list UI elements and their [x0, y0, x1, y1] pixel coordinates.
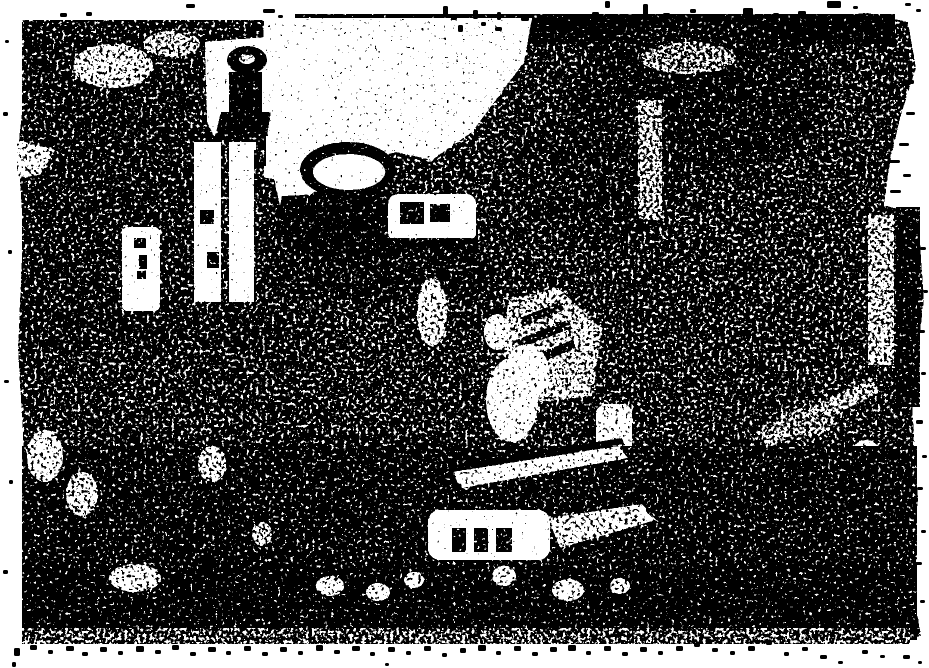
margin-mark-top	[451, 16, 457, 20]
margin-mark-right	[921, 372, 926, 375]
margin-mark-right	[920, 247, 926, 250]
right-light-small	[776, 408, 836, 436]
margin-mark-bottom	[280, 647, 287, 652]
bottom-bump-b	[366, 583, 390, 601]
margin-mark-bottom	[190, 652, 196, 656]
margin-mark-bottom	[784, 652, 789, 656]
margin-mark-top	[876, 25, 882, 29]
margin-mark-top	[278, 15, 283, 18]
margin-mark-top	[605, 1, 610, 8]
margin-mark-right	[893, 52, 909, 56]
margin-mark-right	[885, 67, 895, 70]
left-white-blob-c	[109, 564, 161, 592]
figure-patch-c	[486, 358, 538, 442]
margin-mark-bottom	[82, 652, 88, 656]
margin-mark-bottom	[918, 661, 922, 664]
margin-mark-top	[641, 22, 649, 26]
right-gap-light	[868, 215, 894, 365]
bottom-fringe	[22, 628, 910, 644]
margin-mark-top	[905, 3, 911, 6]
margin-mark-bottom	[406, 651, 411, 655]
road-shadow	[280, 256, 490, 300]
pedestal-glyph-a	[200, 210, 214, 224]
margin-mark-bottom	[694, 643, 700, 647]
margin-mark-bottom	[496, 651, 501, 655]
bottom-bump-c	[404, 572, 424, 588]
vehicle-underside	[388, 238, 480, 252]
margin-mark-bottom	[12, 662, 16, 667]
margin-mark-left	[3, 112, 8, 116]
left-white-blob-d	[198, 446, 226, 482]
margin-mark-top	[497, 12, 501, 20]
margin-mark-bottom	[370, 652, 375, 656]
margin-mark-bottom	[640, 647, 647, 652]
figure-patch-b	[484, 314, 510, 350]
margin-mark-left	[4, 380, 9, 383]
margin-mark-top	[853, 6, 858, 9]
margin-mark-top	[827, 1, 841, 8]
margin-mark-bottom	[586, 651, 591, 655]
margin-mark-top	[743, 8, 753, 17]
pedestal-divider	[221, 142, 229, 302]
bottom-bump-d	[492, 566, 516, 586]
margin-mark-right	[915, 562, 922, 565]
margin-mark-bottom	[568, 645, 576, 651]
margin-mark-top	[481, 22, 486, 26]
margin-mark-bottom	[388, 647, 395, 652]
margin-mark-bottom	[478, 645, 486, 651]
post-glyph-a	[134, 238, 146, 248]
margin-mark-right	[920, 600, 925, 603]
sign-letter-c	[496, 528, 512, 552]
margin-mark-left	[3, 570, 8, 574]
margin-mark-bottom	[658, 651, 663, 655]
margin-mark-bottom	[136, 646, 144, 652]
margin-mark-bottom	[208, 647, 216, 652]
margin-mark-bottom	[712, 648, 718, 652]
margin-mark-top	[532, 21, 538, 24]
post-glyph-b	[139, 255, 147, 269]
margin-mark-top	[643, 4, 648, 20]
margin-mark-bottom	[838, 661, 843, 664]
bottom-bump-a	[316, 576, 344, 596]
margin-mark-bottom	[424, 646, 431, 651]
margin-mark-right	[902, 80, 914, 84]
margin-mark-top	[263, 9, 275, 13]
margin-mark-bottom	[118, 651, 123, 655]
foliage-light-hole-a	[73, 44, 153, 88]
margin-mark-bottom	[48, 650, 53, 654]
scanned-newspaper-photo-page	[0, 0, 929, 668]
margin-mark-bottom	[676, 646, 683, 651]
margin-mark-top	[663, 13, 670, 17]
margin-mark-bottom	[30, 645, 37, 650]
left-white-blob-a	[27, 430, 63, 482]
margin-mark-top	[60, 13, 67, 17]
statue-neck	[229, 72, 262, 112]
right-dark-strip	[896, 207, 920, 407]
margin-mark-bottom	[802, 647, 808, 651]
mid-white-streak	[417, 278, 447, 346]
foliage-light-hole-b	[144, 31, 200, 57]
margin-mark-bottom	[244, 646, 251, 651]
margin-mark-top	[773, 13, 779, 16]
margin-mark-bottom	[226, 651, 231, 655]
bush-ring-hole	[313, 154, 385, 190]
margin-mark-right	[908, 64, 911, 75]
sign-white	[428, 510, 550, 560]
margin-mark-bottom	[880, 655, 885, 658]
margin-mark-bottom	[14, 648, 20, 656]
margin-mark-right	[899, 143, 909, 146]
margin-mark-bottom	[460, 648, 466, 653]
margin-mark-top	[86, 12, 92, 16]
margin-mark-bottom	[262, 652, 268, 656]
margin-mark-bottom	[532, 652, 538, 656]
margin-mark-top	[690, 9, 696, 13]
margin-mark-bottom	[550, 647, 557, 652]
light-branch	[640, 42, 736, 74]
degraded-halftone-photograph	[0, 0, 929, 668]
margin-mark-left	[9, 480, 13, 484]
vehicle-window-a	[400, 202, 424, 224]
margin-mark-top	[592, 12, 599, 16]
margin-mark-right	[884, 129, 896, 133]
statue-shoulders	[215, 112, 271, 136]
sign-letter-a	[452, 528, 466, 552]
margin-mark-bottom	[316, 645, 323, 651]
margin-mark-bottom	[730, 651, 735, 655]
margin-mark-right	[906, 112, 915, 115]
margin-mark-bottom	[385, 663, 389, 666]
margin-mark-left	[5, 40, 9, 43]
margin-mark-bottom	[334, 650, 340, 654]
vehicle-window-b	[430, 204, 450, 222]
margin-mark-bottom	[862, 650, 868, 654]
margin-mark-top	[443, 6, 448, 17]
margin-mark-right	[888, 97, 902, 100]
margin-mark-right	[918, 330, 925, 333]
margin-mark-right	[917, 487, 923, 490]
margin-mark-right	[890, 190, 901, 193]
margin-mark-bottom	[820, 655, 827, 659]
margin-mark-bottom	[903, 655, 910, 659]
margin-mark-top	[473, 10, 478, 19]
margin-mark-bottom	[66, 646, 74, 651]
margin-mark-top	[521, 17, 529, 21]
margin-mark-bottom	[766, 641, 772, 645]
margin-mark-bottom	[442, 653, 447, 657]
margin-mark-top	[186, 4, 195, 8]
margin-mark-right	[916, 420, 923, 424]
pedestal-shadow-edge	[254, 150, 264, 302]
margin-mark-right	[922, 455, 927, 458]
margin-mark-top	[798, 11, 806, 16]
left-white-blob-b	[66, 472, 98, 516]
margin-mark-bottom	[514, 646, 521, 651]
sign-letter-b	[474, 528, 488, 552]
left-white-blob-e	[252, 522, 272, 546]
margin-mark-bottom	[622, 652, 628, 656]
margin-mark-right	[921, 530, 926, 533]
bottom-bump-f	[610, 578, 630, 594]
photo-scene	[0, 0, 929, 668]
statue-head-hole	[239, 54, 255, 64]
margin-mark-top	[495, 27, 502, 31]
margin-mark-bottom	[352, 646, 360, 651]
margin-mark-top	[458, 25, 463, 32]
margin-mark-top	[916, 9, 921, 12]
margin-mark-right	[903, 174, 911, 177]
margin-mark-bottom	[604, 646, 611, 651]
margin-mark-right	[887, 160, 900, 163]
bottom-bump-e	[552, 579, 584, 601]
margin-mark-bottom	[155, 650, 161, 654]
margin-mark-right	[923, 290, 928, 293]
margin-mark-left	[8, 250, 12, 254]
pedestal-glyph-b	[207, 252, 219, 268]
margin-mark-bottom	[100, 647, 107, 652]
margin-mark-bottom	[172, 645, 179, 650]
margin-mark-bottom	[298, 651, 303, 655]
light-gutter-vertical	[638, 100, 662, 220]
margin-mark-bottom	[748, 646, 755, 651]
margin-mark-top	[808, 16, 813, 19]
post-glyph-c	[137, 271, 146, 279]
